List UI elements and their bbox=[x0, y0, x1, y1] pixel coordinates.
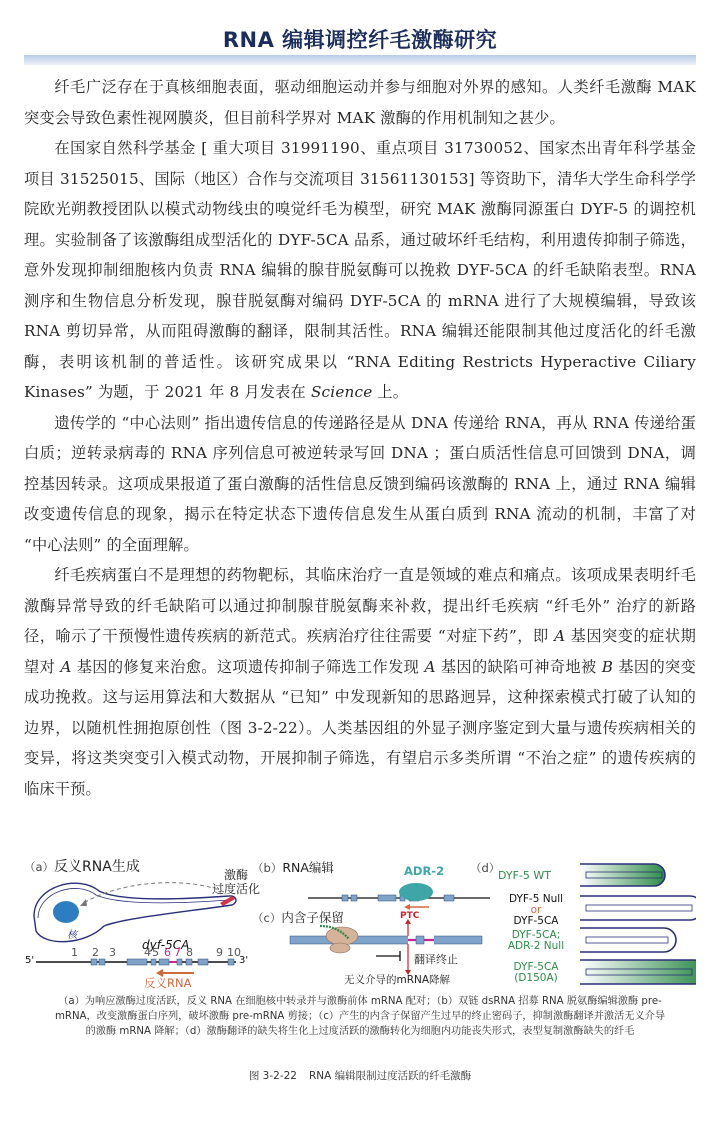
p4-text: 基因的突变成功挽救。这与运用算法和大数据从 “已知” 中发现新知的思路迥异，这种… bbox=[24, 658, 696, 798]
gene-b: B bbox=[602, 658, 613, 676]
cilium-wt-label: DYF-5 WT bbox=[498, 869, 551, 882]
exon-2: 2 bbox=[92, 946, 99, 959]
paragraph-2-tail: 上。 bbox=[372, 383, 408, 401]
five-prime-label: 5' bbox=[25, 955, 34, 966]
exon-10: 10 bbox=[227, 946, 241, 959]
panel-c-paren: （c） bbox=[252, 911, 281, 925]
p4-text: 基因的缺陷可神奇地被 bbox=[436, 658, 602, 676]
cilium-d150a-label: DYF-5CA (D150A) bbox=[494, 962, 578, 984]
panel-c-title: 内含子保留 bbox=[281, 910, 344, 925]
d150a-line-2: (D150A) bbox=[494, 973, 578, 984]
exon-3: 3 bbox=[109, 946, 116, 959]
exon-9: 9 bbox=[216, 946, 223, 959]
paragraph-4: 纤毛疾病蛋白不是理想的药物靶标，其临床治疗一直是领域的难点和痛点。该项成果表明纤… bbox=[24, 560, 696, 804]
translation-stop-label: 翻译终止 bbox=[414, 951, 458, 967]
exon-1: 1 bbox=[71, 946, 78, 959]
title-underline-bar bbox=[24, 55, 696, 65]
gene-a: A bbox=[424, 658, 435, 676]
exon-5: 5 bbox=[152, 946, 159, 959]
figure-title: 图 3-2-22RNA 编辑限制过度活跃的纤毛激酶 bbox=[0, 1068, 720, 1083]
cilium-null-label: DYF-5 Null or DYF-5CA bbox=[494, 894, 578, 927]
figure-3-2-22: （a）反义RNA生成 激酶过度活化 核 bbox=[24, 856, 696, 990]
cilium-adr2-null bbox=[580, 928, 676, 952]
panel-d-paren: （d） bbox=[470, 861, 500, 875]
paragraph-1: 纤毛广泛存在于真核细胞表面，驱动细胞运动并参与细胞对外界的感知。人类纤毛激酶 M… bbox=[24, 72, 696, 133]
adr2-enzyme bbox=[399, 883, 433, 901]
figure-caption: （a）为响应激酶过度活跃，反义 RNA 在细胞核中转录并与激酶前体 mRNA 配… bbox=[50, 994, 670, 1039]
panel-c-label: （c）内含子保留 bbox=[252, 908, 344, 926]
cilium-wt bbox=[580, 864, 665, 886]
adr2-null-line-2: ADR-2 Null bbox=[494, 941, 578, 952]
cilium-d150a bbox=[580, 960, 696, 984]
exon-4: 4 bbox=[144, 946, 151, 959]
antisense-rna-label: 反义RNA bbox=[144, 975, 191, 991]
gene-a: A bbox=[60, 658, 71, 676]
nucleus-shape bbox=[53, 901, 79, 923]
ribosome-top bbox=[326, 927, 358, 945]
panel-d-label: （d） bbox=[470, 860, 500, 876]
adr2-label: ADR-2 bbox=[404, 864, 444, 878]
dashed-arrow bbox=[82, 883, 224, 904]
gene-a: A bbox=[554, 627, 565, 645]
figure-number: 图 3-2-22 bbox=[249, 1070, 297, 1082]
panel-b-title: RNA编辑 bbox=[282, 860, 334, 875]
panel-b-paren: （b） bbox=[252, 861, 282, 875]
figure-diagram: 核 bbox=[24, 856, 696, 990]
exon-8: 8 bbox=[186, 946, 193, 959]
journal-name: Science bbox=[311, 383, 372, 401]
nucleus-label: 核 bbox=[67, 929, 79, 941]
figure-title-text: RNA 编辑限制过度活跃的纤毛激酶 bbox=[309, 1070, 471, 1082]
nmd-label: 无义介导的mRNA降解 bbox=[344, 972, 450, 987]
exon-7: 7 bbox=[174, 946, 181, 959]
cilium-adr2-null-label: DYF-5CA; ADR-2 Null bbox=[494, 930, 578, 952]
article-body: 纤毛广泛存在于真核细胞表面，驱动细胞运动并参与细胞对外界的感知。人类纤毛激酶 M… bbox=[24, 72, 696, 804]
page-title: RNA 编辑调控纤毛激酶研究 bbox=[0, 24, 720, 54]
p4-text: 基因的修复来治愈。这项遗传抑制子筛选工作发现 bbox=[72, 658, 425, 676]
panel-b-label: （b）RNA编辑 bbox=[252, 858, 334, 876]
ptc-label: PTC bbox=[400, 911, 419, 921]
null-line-3: DYF-5CA bbox=[494, 916, 578, 927]
paragraph-2-text: 在国家自然科学基金 [ 重大项目 31991190、重点项目 31730052、… bbox=[24, 139, 696, 401]
exon-6: 6 bbox=[164, 946, 171, 959]
cilium-null bbox=[580, 896, 696, 920]
ribosome-bottom bbox=[330, 943, 350, 953]
paragraph-2: 在国家自然科学基金 [ 重大项目 31991190、重点项目 31730052、… bbox=[24, 133, 696, 408]
paragraph-3: 遗传学的 “中心法则” 指出遗传信息的传递路径是从 DNA 传递给 RNA，再从… bbox=[24, 408, 696, 561]
